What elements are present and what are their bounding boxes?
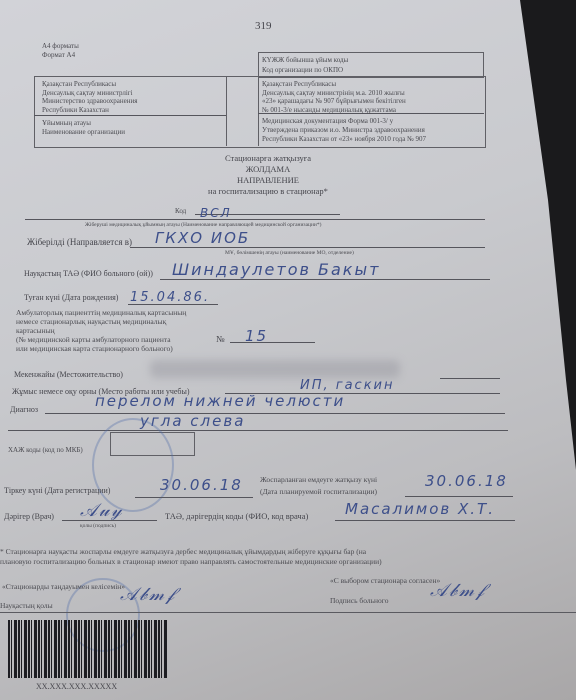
- dob-label: Туған күні (Дата рождения): [24, 293, 118, 302]
- dob-value[interactable]: 15.04.86.: [130, 290, 210, 305]
- format-ru: Формат А4: [42, 51, 75, 59]
- redacted-address: [150, 360, 400, 378]
- okpo-ru: Код организации по ОКПО: [262, 66, 343, 74]
- ministry-right: Қазақстан РеспубликасыДенсаулық сақтау м…: [262, 80, 406, 114]
- consent-kz-sig: Науқастың қолы: [0, 601, 53, 610]
- address-label: Мекенжайы (Местожительство): [14, 370, 123, 379]
- sender-caption: Жіберуші медициналық ұйымның атауы (Наим…: [85, 222, 321, 228]
- format-kz: А4 форматы: [42, 42, 79, 50]
- patient-value[interactable]: Шиндаулетов Бакыт: [172, 260, 380, 279]
- doctor-fio-label: ТАӘ, дәрігердің коды (ФИО, код врача): [165, 511, 308, 521]
- diagnosis-label: Диагноз: [10, 405, 38, 414]
- patient-label: Науқастың ТАӘ (ФИО больного (ой)): [24, 269, 153, 278]
- patient-signature-right[interactable]: 𝒜𝒷𝓂𝒻: [430, 580, 486, 601]
- reg-date-value[interactable]: 30.06.18: [160, 476, 243, 494]
- barcode: [8, 620, 168, 678]
- card-no-label: №: [216, 334, 225, 344]
- paper-sheet: 319 А4 форматы Формат А4 КҮЖЖ бойынша ұй…: [0, 0, 576, 700]
- doctor-fio-value[interactable]: Масалимов Х.Т.: [345, 500, 495, 518]
- ministry-left: Қазақстан РеспубликасыДенсаулық сақтау м…: [42, 80, 137, 114]
- page-number: 319: [255, 20, 272, 32]
- directed-value[interactable]: ГКХО ИОБ: [155, 229, 250, 247]
- planned-value[interactable]: 30.06.18: [425, 472, 508, 490]
- footnote: * Стационарға науқасты жоспарлы емдеуге …: [0, 547, 382, 567]
- consent-kz: «Стационарды таңдауымен келісемін»: [2, 582, 125, 591]
- code-label: Код: [175, 207, 186, 215]
- directed-caption: МҰ, бөлімшенің атауы (наименование МО, о…: [225, 250, 354, 256]
- diagnosis-line1[interactable]: перелом нижней челюсти: [95, 392, 345, 410]
- medical-doc-text: Медицинская документация Форма 001-3/ уУ…: [262, 117, 426, 144]
- doctor-label: Дәрігер (Врач): [4, 512, 54, 521]
- card-no-value[interactable]: 15: [245, 327, 268, 345]
- doctor-signature[interactable]: 𝒜𝓊𝓎: [80, 500, 124, 521]
- consent-ru-sig: Подпись больного: [330, 596, 388, 605]
- form-title: Стационарға жатқызуға ЖОЛДАМА НАПРАВЛЕНИ…: [0, 153, 576, 197]
- card-label: Амбулаторлық пациенттің медициналық карт…: [16, 308, 186, 353]
- code-value[interactable]: ВСЛ: [200, 206, 232, 220]
- barcode-text: XX.XXX.XXX.XXXXX: [36, 682, 117, 691]
- directed-label: Жіберілді (Направляется в): [27, 237, 132, 247]
- patient-signature-left[interactable]: 𝒜𝒷𝓂𝒻: [120, 584, 176, 605]
- mkb-label: ХАЖ коды (код по МКБ): [8, 446, 83, 454]
- org-name-label: Ұйымның атауыНаименование организации: [42, 119, 125, 137]
- reg-date-label: Тіркеу күні (Дата регистрации): [4, 486, 110, 495]
- doctor-sig-caption: қолы (подпись): [80, 523, 116, 529]
- work-value[interactable]: ИП, гаскин: [300, 378, 395, 393]
- okpo-kz: КҮЖЖ бойынша ұйым коды: [262, 56, 348, 64]
- planned-label: Жоспарланған емдеуге жатқызу күні(Дата п…: [260, 474, 377, 498]
- consent-ru: «С выбором стационара согласен»: [330, 576, 440, 585]
